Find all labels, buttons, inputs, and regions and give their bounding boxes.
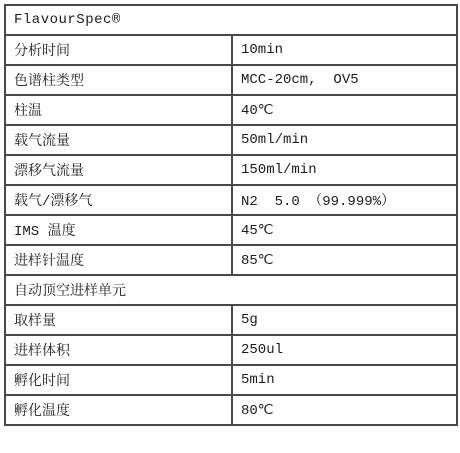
param-value-cell: 85℃ (232, 245, 457, 275)
param-value-cell: 150ml/min (232, 155, 457, 185)
param-value-cell: 10min (232, 35, 457, 65)
table-row: 孵化时间 5min (5, 365, 457, 395)
param-value-cell: 250ul (232, 335, 457, 365)
param-label-cell: 孵化时间 (5, 365, 232, 395)
parameters-table: FlavourSpec® 分析时间 10min 色谱柱类型 MCC-20cm, … (4, 4, 458, 426)
table-row-section-header: 自动顶空进样单元 (5, 275, 457, 305)
table-row: 进样针温度 85℃ (5, 245, 457, 275)
param-value-cell: 50ml/min (232, 125, 457, 155)
param-value-cell: MCC-20cm, OV5 (232, 65, 457, 95)
param-label-cell: 载气流量 (5, 125, 232, 155)
param-label-cell: 进样针温度 (5, 245, 232, 275)
table-row: IMS 温度 45℃ (5, 215, 457, 245)
table-row: 孵化温度 80℃ (5, 395, 457, 425)
table-row-header: FlavourSpec® (5, 5, 457, 35)
param-label-cell: 孵化温度 (5, 395, 232, 425)
param-label-cell: 载气/漂移气 (5, 185, 232, 215)
table-row: 载气流量 50ml/min (5, 125, 457, 155)
table-row: 分析时间 10min (5, 35, 457, 65)
param-label-cell: 进样体积 (5, 335, 232, 365)
param-label-cell: IMS 温度 (5, 215, 232, 245)
table-row: 载气/漂移气 N2 5.0 （99.999%） (5, 185, 457, 215)
table-row: 色谱柱类型 MCC-20cm, OV5 (5, 65, 457, 95)
page: FlavourSpec® 分析时间 10min 色谱柱类型 MCC-20cm, … (0, 0, 460, 453)
param-value-cell: 40℃ (232, 95, 457, 125)
param-value-cell: N2 5.0 （99.999%） (232, 185, 457, 215)
param-label-cell: 柱温 (5, 95, 232, 125)
param-label-cell: 分析时间 (5, 35, 232, 65)
param-label-cell: 取样量 (5, 305, 232, 335)
section-title: 自动顶空进样单元 (5, 275, 457, 305)
table-row: 漂移气流量 150ml/min (5, 155, 457, 185)
param-value-cell: 45℃ (232, 215, 457, 245)
param-label-cell: 色谱柱类型 (5, 65, 232, 95)
param-value-cell: 80℃ (232, 395, 457, 425)
table-row: 进样体积 250ul (5, 335, 457, 365)
table-row: 柱温 40℃ (5, 95, 457, 125)
table-title: FlavourSpec® (5, 5, 457, 35)
param-value-cell: 5g (232, 305, 457, 335)
param-value-cell: 5min (232, 365, 457, 395)
param-label-cell: 漂移气流量 (5, 155, 232, 185)
table-row: 取样量 5g (5, 305, 457, 335)
